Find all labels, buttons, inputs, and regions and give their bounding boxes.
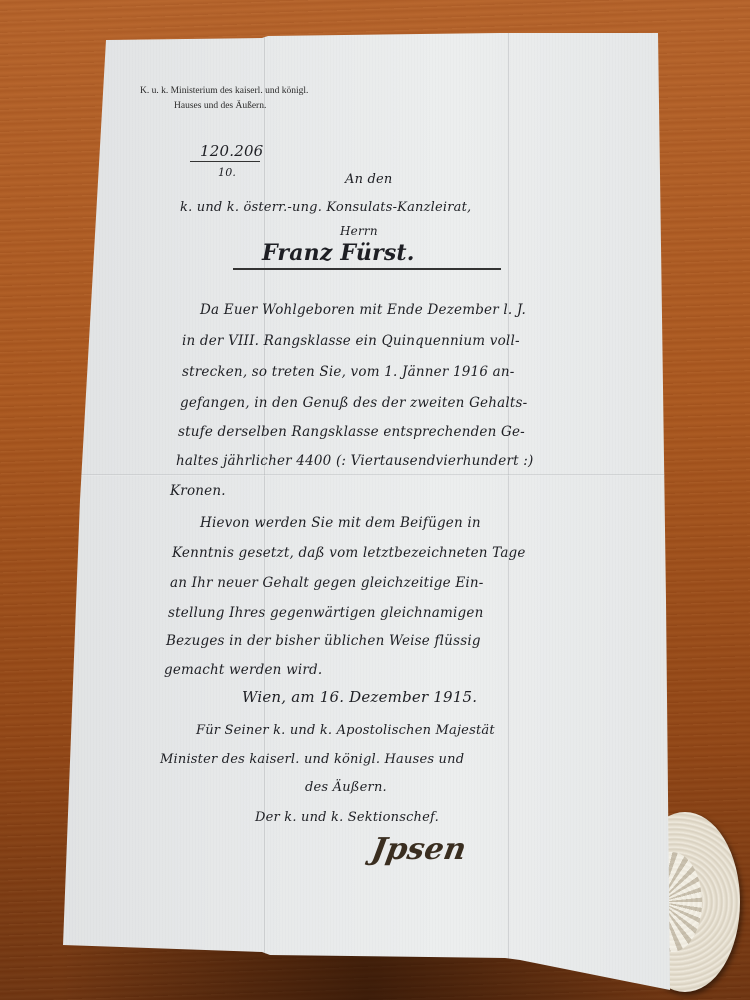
closing-line: Minister des kaiserl. und königl. Hauses…	[160, 752, 464, 767]
body-line: haltes jährlicher 4400 (: Viertausendvie…	[176, 453, 533, 469]
body-line: Kronen.	[170, 483, 226, 499]
place-date: Wien, am 16. Dezember 1915.	[242, 688, 477, 706]
body-line: an Ihr neuer Gehalt gegen gleichzeitige …	[170, 575, 484, 591]
body-line: Da Euer Wohlgeboren mit Ende Dezember l.…	[200, 302, 526, 318]
letterhead-line-1: K. u. k. Ministerium des kaiserl. und kö…	[140, 86, 308, 96]
body-line: stellung Ihres gegenwärtigen gleichnamig…	[168, 605, 483, 621]
body-line: strecken, so treten Sie, vom 1. Jänner 1…	[182, 364, 515, 380]
closing-line: Der k. und k. Sektionschef.	[255, 810, 439, 825]
fold-line-vertical	[508, 30, 510, 960]
letterhead-line-2: Hauses und des Äußern.	[140, 99, 400, 114]
body-line: Kenntnis gesetzt, daß vom letztbezeichne…	[172, 545, 526, 561]
signature: Jpsen	[369, 832, 469, 867]
closing-line: des Äußern.	[305, 780, 387, 795]
reference-number: 120.206	[200, 142, 263, 160]
recipient-name: Franz Fürst.	[262, 240, 415, 266]
body-line: gefangen, in den Genuß des der zweiten G…	[180, 395, 527, 411]
body-line: gemacht werden wird.	[164, 662, 322, 678]
recipient-underline	[233, 268, 501, 270]
reference-sub: 10.	[218, 166, 236, 179]
fold-line-horizontal	[70, 474, 670, 476]
body-line: Hievon werden Sie mit dem Beifügen in	[200, 515, 481, 531]
letter-sheet: K. u. k. Ministerium des kaiserl. und kö…	[0, 0, 750, 1000]
salutation: Herrn	[340, 224, 378, 238]
body-line: in der VIII. Rangsklasse ein Quinquenniu…	[182, 333, 520, 349]
address-line-1: An den	[345, 172, 392, 187]
body-line: stufe derselben Rangsklasse entsprechend…	[178, 424, 525, 440]
closing-line: Für Seiner k. und k. Apostolischen Majes…	[196, 723, 495, 738]
letterhead: K. u. k. Ministerium des kaiserl. und kö…	[140, 84, 400, 113]
address-line-2: k. und k. österr.-ung. Konsulats-Kanzlei…	[180, 200, 471, 215]
body-line: Bezuges in der bisher üblichen Weise flü…	[166, 633, 481, 649]
reference-underline	[190, 161, 260, 162]
